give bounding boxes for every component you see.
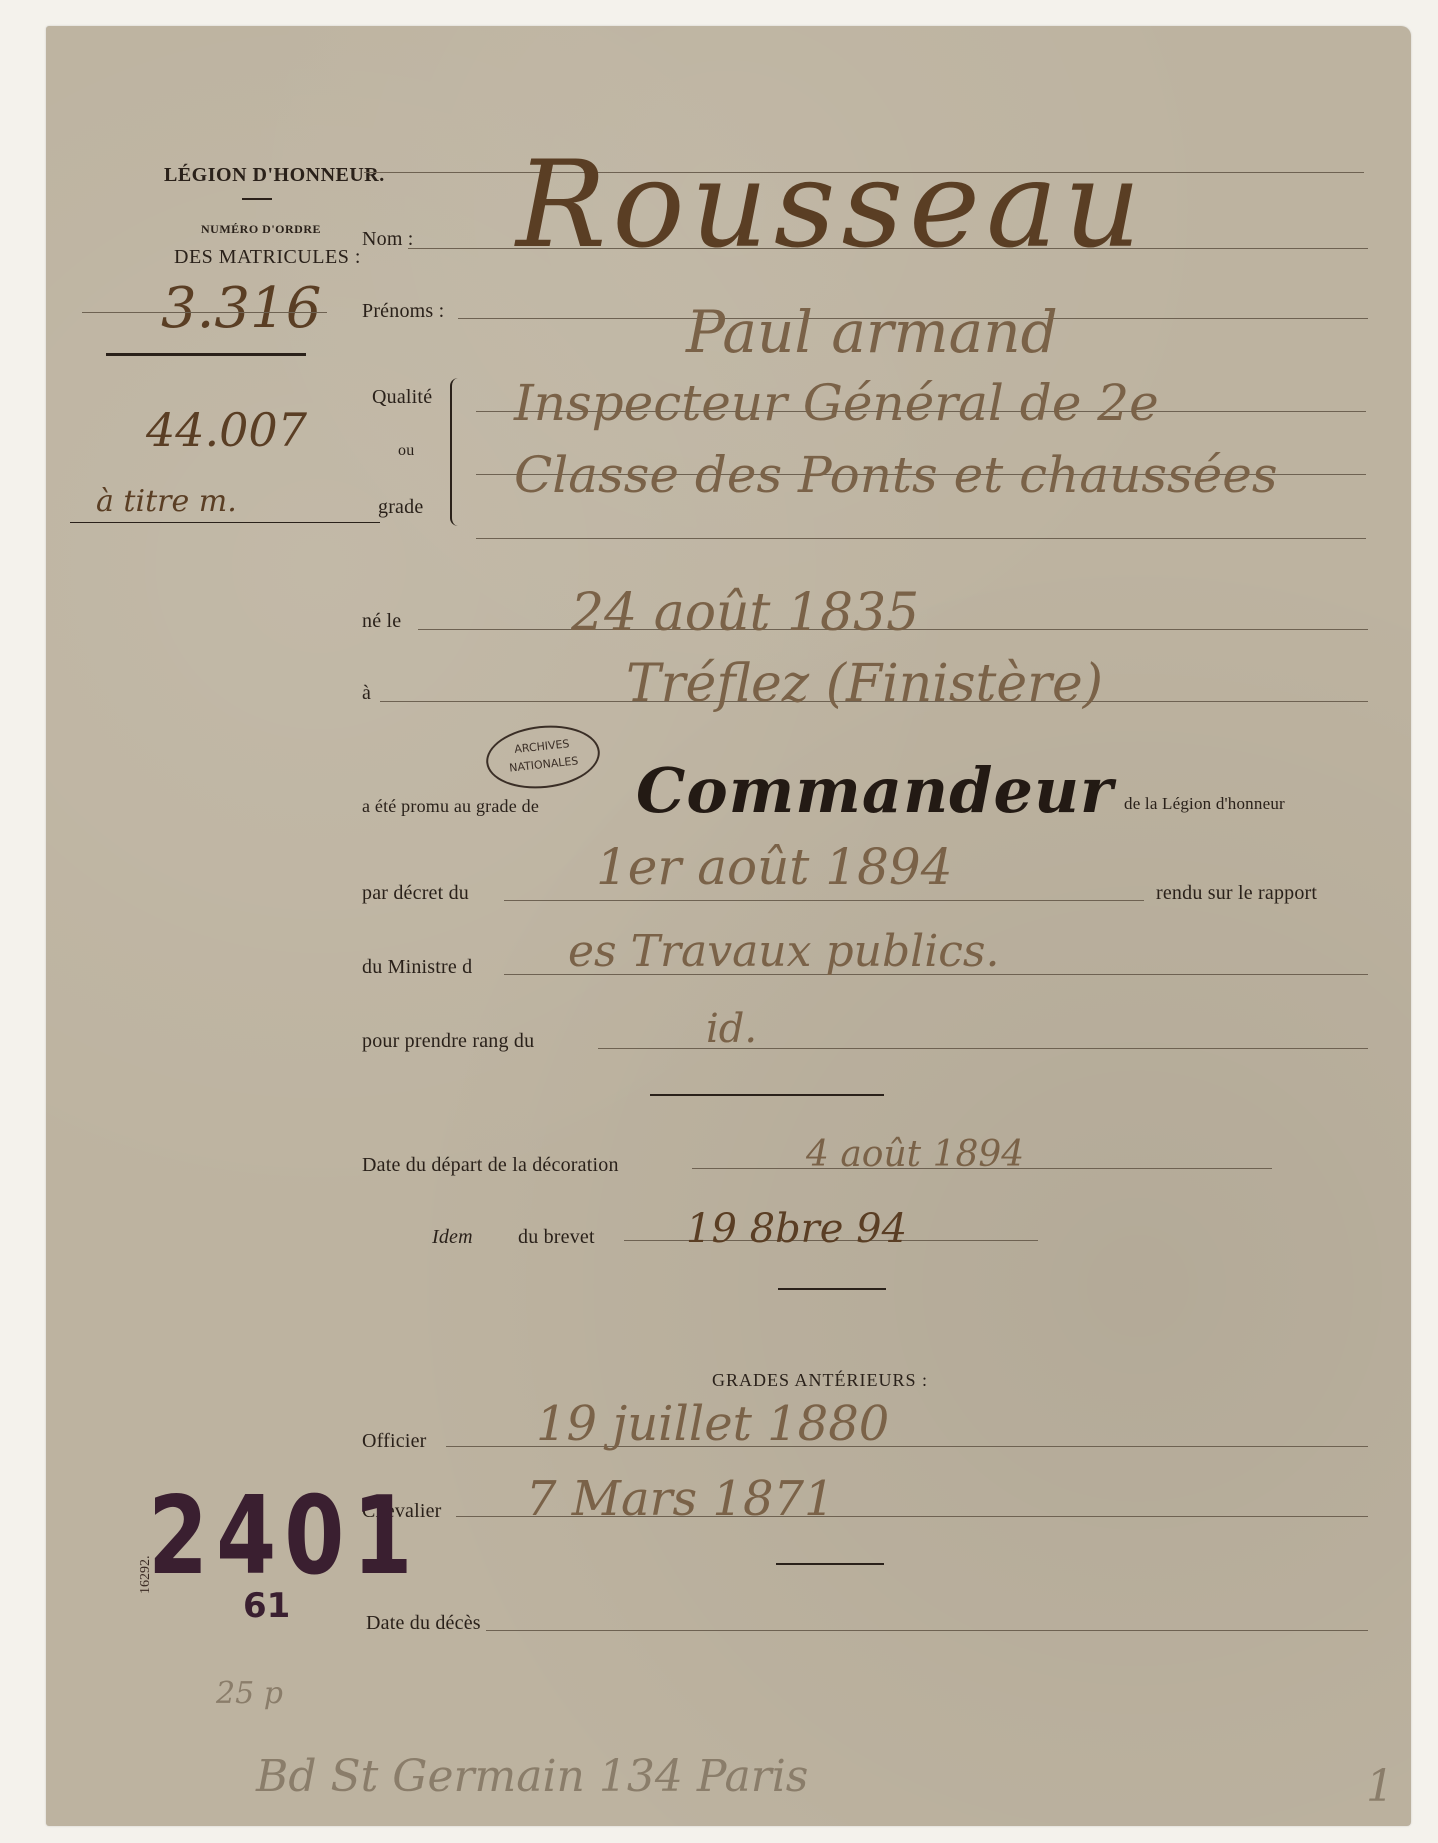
ornamental-divider (106, 353, 306, 356)
decret-label: par décret du (362, 882, 469, 905)
numero-ordre-label: NUMÉRO D'ORDRE (201, 222, 321, 237)
ministre-label: du Ministre d (362, 956, 472, 979)
chevalier-value: 7 Mars 1871 (526, 1471, 835, 1527)
officier-label: Officier (362, 1430, 427, 1453)
prenoms-label: Prénoms : (362, 300, 444, 323)
brevet-value: 19 8bre 94 (686, 1206, 907, 1252)
matricule-underline (82, 312, 327, 313)
page-number: 1 (1366, 1761, 1394, 1812)
secondary-number: 44.007 (146, 403, 307, 457)
ou-label: ou (398, 442, 414, 460)
ne-le-value: 24 août 1835 (571, 583, 919, 643)
title-divider (242, 198, 272, 200)
matricules-label: DES MATRICULES : (174, 246, 361, 269)
a-label: à (362, 682, 371, 705)
margin-note: à titre m. (96, 484, 237, 519)
deces-line (486, 1630, 1368, 1631)
rang-divider (650, 1094, 884, 1096)
dossier-number-stamp: 2401 (148, 1474, 420, 1599)
rapport-label: rendu sur le rapport (1156, 882, 1317, 905)
grades-anterieurs-heading: GRADES ANTÉRIEURS : (712, 1370, 928, 1391)
side-reference-stamp: 16292. (138, 1556, 154, 1595)
depart-label: Date du départ de la décoration (362, 1154, 619, 1177)
nom-label: Nom : (362, 228, 414, 251)
promu-label: a été promu au grade de (362, 796, 539, 817)
document-sheet: LÉGION D'HONNEUR. NUMÉRO D'ORDRE DES MAT… (46, 26, 1411, 1826)
prenoms-value: Paul armand (686, 298, 1058, 366)
ne-le-label: né le (362, 610, 401, 633)
qualite-brace (450, 378, 464, 526)
a-value: Tréflez (Finistère) (626, 654, 1103, 714)
margin-note-underline (70, 522, 380, 523)
officier-value: 19 juillet 1880 (536, 1396, 889, 1452)
sub-number-stamp: 61 (243, 1586, 290, 1626)
rang-value: id. (706, 1006, 757, 1052)
rang-label: pour prendre rang du (362, 1030, 534, 1053)
address-note: Bd St Germain 134 Paris (256, 1751, 808, 1802)
archives-nationales-stamp: ARCHIVES NATIONALES (483, 720, 603, 794)
decret-value: 1er août 1894 (596, 838, 953, 896)
legion-title: LÉGION D'HONNEUR. (164, 164, 385, 187)
pencil-note: 25 p (216, 1676, 283, 1711)
grade-value: Commandeur (636, 754, 1114, 827)
depart-value: 4 août 1894 (806, 1134, 1024, 1175)
deces-label: Date du décès (366, 1612, 481, 1635)
grade-label: grade (378, 496, 423, 519)
idem-label: Idem (432, 1226, 473, 1249)
qualite-line-3 (476, 538, 1366, 539)
qualite-value-line1: Inspecteur Général de 2e (514, 374, 1159, 432)
qualite-label: Qualité (372, 386, 432, 409)
legion-suffix: de la Légion d'honneur (1124, 794, 1285, 814)
brevet-label: du brevet (518, 1226, 595, 1249)
decret-line (504, 900, 1144, 901)
grades-divider (776, 1563, 884, 1565)
matricule-number: 3.316 (161, 276, 321, 341)
ministre-value: es Travaux publics. (568, 926, 999, 977)
nom-value: Rousseau (516, 136, 1147, 275)
qualite-value-line2: Classe des Ponts et chaussées (514, 446, 1278, 504)
brevet-divider (778, 1288, 886, 1290)
